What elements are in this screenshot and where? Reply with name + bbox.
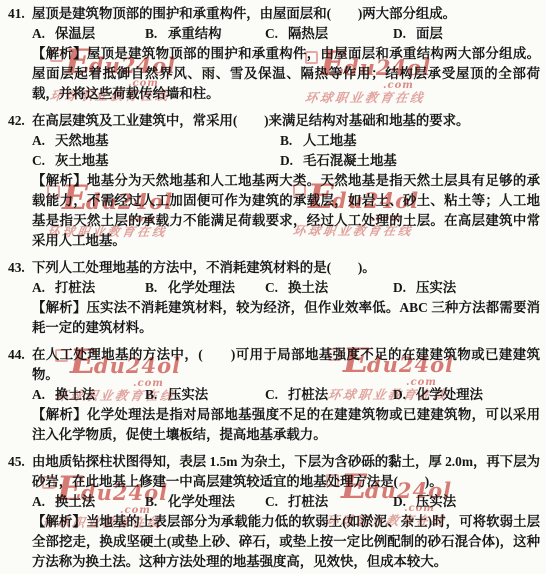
question-stem: 由地质钻探柱状图得知，表层 1.5m 为杂土，下层为含砂砾的黏土，厚 2.0m，… bbox=[32, 452, 540, 492]
option-a: A.换土法 bbox=[32, 492, 145, 512]
option-c: C.灰土地基 bbox=[32, 151, 280, 171]
option-b: B.压实法 bbox=[145, 385, 265, 405]
option-a: A.打桩法 bbox=[32, 278, 145, 298]
exam-page: Edu24ol.com 环球职业教育在线 Edu24ol.com 环球职业教育在… bbox=[0, 0, 546, 574]
question-stem: 在人工处理地基的方法中，( )可用于局部地基强度不足的在建建筑物或已建建筑物。 bbox=[32, 345, 540, 385]
option-b: B.化学处理法 bbox=[145, 278, 265, 298]
question-options: A.保温层 B.承重结构 C.隔热层 D.面层 bbox=[32, 24, 540, 44]
question-stem: 在高层建筑及工业建筑中，常采用( )来满足结构对基础和地基的要求。 bbox=[32, 111, 540, 131]
answer-analysis: 【解析】屋顶是建筑物顶部的围护和承重构件，由屋面层和承重结构两大部分组成。屋面层… bbox=[32, 44, 540, 104]
option-d: D.毛石混凝土地基 bbox=[280, 151, 540, 171]
option-c: C.隔热层 bbox=[265, 24, 393, 44]
question-options: A.天然地基 B.人工地基 C.灰土地基 D.毛石混凝土地基 bbox=[32, 131, 540, 171]
question-42: 42. 在高层建筑及工业建筑中，常采用( )来满足结构对基础和地基的要求。 A.… bbox=[8, 111, 540, 251]
question-options: A.换土法 B.压实法 C.打桩法 D.化学处理法 bbox=[32, 385, 540, 405]
answer-analysis: 【解析】当地基的上表层部分为承载能力低的软弱土(如淤泥、杂土)时，可将软弱土层全… bbox=[32, 512, 540, 572]
question-number: 42. bbox=[8, 111, 25, 131]
question-options: A.换土法 B.化学处理法 C.打桩法 D.压实法 bbox=[32, 492, 540, 512]
question-45: 45. 由地质钻探柱状图得知，表层 1.5m 为杂土，下层为含砂砾的黏土，厚 2… bbox=[8, 452, 540, 572]
option-a: A.换土法 bbox=[32, 385, 145, 405]
question-stem: 屋顶是建筑物顶部的围护和承重构件，由屋面层和( )两大部分组成。 bbox=[32, 4, 540, 24]
question-43: 43. 下列人工处理地基的方法中，不消耗建筑材料的是( )。 A.打桩法 B.化… bbox=[8, 258, 540, 338]
question-number: 45. bbox=[8, 452, 25, 472]
option-c: C.打桩法 bbox=[265, 385, 393, 405]
option-b: B.承重结构 bbox=[145, 24, 265, 44]
question-options: A.打桩法 B.化学处理法 C.换土法 D.压实法 bbox=[32, 278, 540, 298]
option-d: D.压实法 bbox=[393, 492, 540, 512]
option-d: D.化学处理法 bbox=[393, 385, 540, 405]
option-d: D.压实法 bbox=[393, 278, 540, 298]
question-stem: 下列人工处理地基的方法中，不消耗建筑材料的是( )。 bbox=[32, 258, 540, 278]
option-c: C.换土法 bbox=[265, 278, 393, 298]
option-a: A.保温层 bbox=[32, 24, 145, 44]
question-number: 43. bbox=[8, 258, 25, 278]
question-41: 41. 屋顶是建筑物顶部的围护和承重构件，由屋面层和( )两大部分组成。 A.保… bbox=[8, 4, 540, 104]
option-a: A.天然地基 bbox=[32, 131, 280, 151]
option-d: D.面层 bbox=[393, 24, 540, 44]
option-c: C.打桩法 bbox=[265, 492, 393, 512]
question-list: 41. 屋顶是建筑物顶部的围护和承重构件，由屋面层和( )两大部分组成。 A.保… bbox=[0, 0, 546, 572]
option-b: B.人工地基 bbox=[280, 131, 540, 151]
question-44: 44. 在人工处理地基的方法中，( )可用于局部地基强度不足的在建建筑物或已建建… bbox=[8, 345, 540, 445]
answer-analysis: 【解析】地基分为天然地基和人工地基两大类。天然地基是指天然土层具有足够的承载能力… bbox=[32, 171, 540, 251]
question-number: 44. bbox=[8, 345, 25, 365]
answer-analysis: 【解析】化学处理法是指对局部地基强度不足的在建建筑物或已建建筑物，可以采用注入化… bbox=[32, 405, 540, 445]
option-b: B.化学处理法 bbox=[145, 492, 265, 512]
question-number: 41. bbox=[8, 4, 25, 24]
answer-analysis: 【解析】压实法不消耗建筑材料，较为经济，但作业效率低。ABC 三种方法都需要消耗… bbox=[32, 298, 540, 338]
